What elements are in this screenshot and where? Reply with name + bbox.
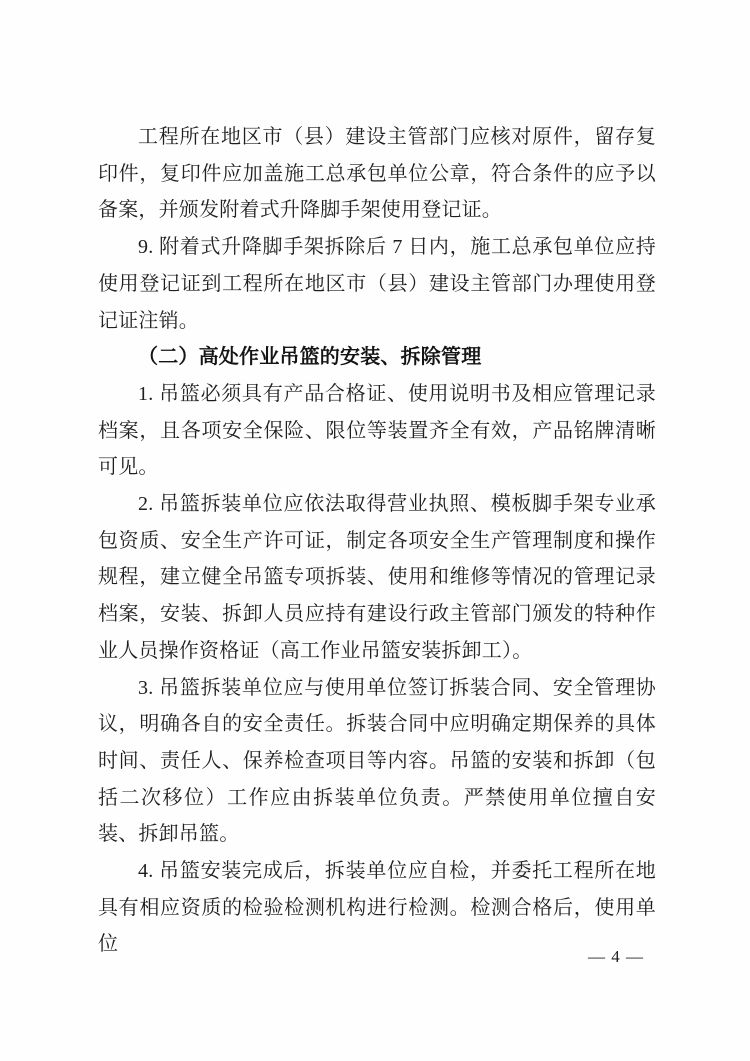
- document-body: 工程所在地区市（县）建设主管部门应核对原件，留存复印件，复印件应加盖施工总承包单…: [98, 119, 656, 963]
- paragraph-item-9: 9. 附着式升降脚手架拆除后 7 日内，施工总承包单位应持使用登记证到工程所在地…: [98, 229, 656, 339]
- section-heading: （二）高处作业吊篮的安装、拆除管理: [98, 339, 656, 376]
- page-number: — 4 —: [588, 944, 644, 970]
- document-page: 工程所在地区市（县）建设主管部门应核对原件，留存复印件，复印件应加盖施工总承包单…: [0, 0, 750, 1061]
- paragraph-item-1: 1. 吊篮必须具有产品合格证、使用说明书及相应管理记录档案，且各项安全保险、限位…: [98, 376, 656, 486]
- paragraph-item-2: 2. 吊篮拆装单位应依法取得营业执照、模板脚手架专业承包资质、安全生产许可证，制…: [98, 486, 656, 670]
- paragraph-carryover: 工程所在地区市（县）建设主管部门应核对原件，留存复印件，复印件应加盖施工总承包单…: [98, 119, 656, 229]
- paragraph-item-3: 3. 吊篮拆装单位应与使用单位签订拆装合同、安全管理协议，明确各自的安全责任。拆…: [98, 670, 656, 854]
- paragraph-item-4: 4. 吊篮安装完成后，拆装单位应自检，并委托工程所在地具有相应资质的检验检测机构…: [98, 853, 656, 963]
